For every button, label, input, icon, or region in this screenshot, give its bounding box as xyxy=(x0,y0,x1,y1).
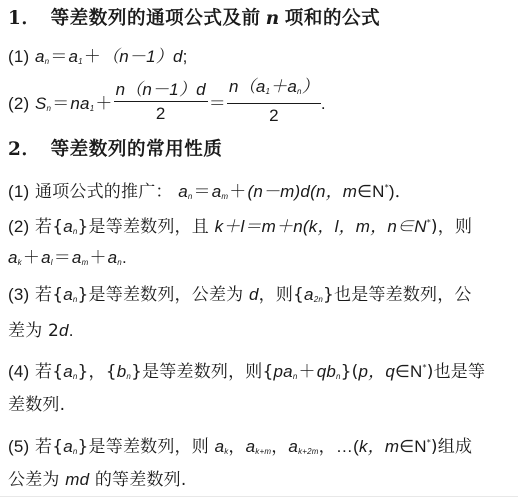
math-expr: k，m xyxy=(359,437,399,456)
formula-sum: (2) Sn＝na1＋n（n－1）d2＝n（a1＋an）2. xyxy=(8,78,326,132)
subscript: m xyxy=(221,192,228,201)
operator: ＝ xyxy=(194,182,211,201)
text: 差为 2 xyxy=(8,321,59,341)
punctuation: )． xyxy=(389,182,412,201)
math-var: a xyxy=(41,248,51,267)
item-label: (1) xyxy=(8,182,29,201)
section-2-heading: 2．等差数列的常用性质 xyxy=(8,140,222,160)
math-expr: ∈N xyxy=(395,362,423,381)
heading-text: 等差数列的通项公式及前 xyxy=(51,8,261,29)
math-var: a xyxy=(63,217,73,236)
math-expr: (n－m) xyxy=(247,182,300,201)
text: 若{ xyxy=(35,362,63,382)
math-var: a xyxy=(215,437,225,456)
math-expr: n（a xyxy=(229,77,266,96)
operator: ＋ xyxy=(95,94,112,113)
operator: ＝ xyxy=(52,94,69,113)
property-5-continued: 公差为 md 的等差数列. xyxy=(8,470,186,490)
fraction-2: n（a1＋an）2 xyxy=(227,76,321,128)
ellipsis: … xyxy=(336,437,353,456)
math-expr: ∈N xyxy=(399,437,427,456)
subscript: n xyxy=(47,104,52,113)
text: }是等差数列，且 xyxy=(78,217,209,237)
punctuation: . xyxy=(69,321,74,340)
subscript: l xyxy=(51,258,53,267)
property-5: (5) 若{an}是等差数列，则 ak，ak+m，ak+2m，…(k，m∈N*)… xyxy=(8,433,472,462)
operator: ＋ xyxy=(23,248,40,267)
math-expr: k＋l＝m＋n xyxy=(215,217,303,236)
math-expr: (k，l，m，n∈N xyxy=(303,217,427,236)
math-var: na xyxy=(70,94,89,113)
operator: ＋ xyxy=(84,47,101,66)
punctuation: ， xyxy=(271,437,288,457)
math-var: a xyxy=(69,47,79,66)
item-label: (5) xyxy=(8,437,29,456)
property-1: (1) 通项公式的推广： an＝am＋(n－m)d(n，m∈N*)． xyxy=(8,178,412,207)
punctuation: . xyxy=(122,248,127,267)
item-label: (2) xyxy=(8,94,29,113)
text: }( xyxy=(341,362,359,382)
math-expr: ＋a xyxy=(270,77,297,96)
text: }，{ xyxy=(78,362,117,382)
math-var: a xyxy=(212,182,222,201)
math-var: pa xyxy=(274,362,293,381)
section-number: 2． xyxy=(8,139,41,160)
subscript: 1 xyxy=(90,104,95,113)
section-number: 1． xyxy=(8,8,41,29)
math-var: a xyxy=(63,437,73,456)
property-2: (2) 若{an}是等差数列，且 k＋l＝m＋n(k，l，m，n∈N*)，则 xyxy=(8,213,472,242)
operator: ＋ xyxy=(229,182,246,201)
punctuation: . xyxy=(321,94,326,113)
subscript: n xyxy=(188,192,193,201)
math-var: d xyxy=(59,321,69,340)
text: )也是等 xyxy=(427,362,485,382)
fraction-numerator: n（n－1）d xyxy=(114,79,208,101)
math-var: b xyxy=(117,362,127,381)
text: }是等差数列，则{ xyxy=(131,362,273,382)
math-expr: （n－1） xyxy=(102,47,173,66)
text: 差数列. xyxy=(8,395,65,415)
punctuation: ; xyxy=(183,47,188,66)
item-label: (4) xyxy=(8,362,29,381)
subscript: m xyxy=(82,258,89,267)
heading-text: 项和的公式 xyxy=(285,8,381,29)
math-var: a xyxy=(72,248,82,267)
math-var: a xyxy=(304,285,314,304)
text: 通项公式的推广： xyxy=(35,182,173,202)
property-3: (3) 若{an}是等差数列，公差为 d，则{a2n}也是等差数列，公 xyxy=(8,285,472,310)
math-var: S xyxy=(35,94,47,113)
fraction-denominator: 2 xyxy=(227,103,321,128)
math-var: a xyxy=(63,362,73,381)
math-var: a xyxy=(288,437,298,456)
math-expr: p，q xyxy=(359,362,396,381)
text: }是等差数列，公差为 xyxy=(78,285,244,305)
math-var: a xyxy=(8,248,18,267)
heading-variable: n xyxy=(266,8,280,29)
fraction-1: n（n－1）d2 xyxy=(114,79,208,126)
fraction-numerator: n（a1＋an） xyxy=(227,76,321,103)
math-var: m xyxy=(343,182,357,201)
operator: ＝ xyxy=(54,248,71,267)
subscript: 2n xyxy=(314,295,323,304)
math-var: a xyxy=(63,285,73,304)
fraction-denominator: 2 xyxy=(114,101,208,126)
subscript: k+m xyxy=(255,447,271,456)
text: 公差为 xyxy=(8,470,60,490)
punctuation: ， xyxy=(319,437,336,457)
math-expr: (n， xyxy=(310,182,343,201)
text: )，则 xyxy=(431,217,472,237)
text: 的等差数列. xyxy=(95,470,187,490)
text: )组成 xyxy=(431,437,472,457)
math-var: a xyxy=(35,47,45,66)
operator: ＝ xyxy=(50,47,67,66)
subscript: n xyxy=(45,57,50,66)
math-var: d xyxy=(300,182,310,201)
math-var: a xyxy=(246,437,256,456)
page-bottom-edge xyxy=(0,496,518,500)
text: }也是等差数列，公 xyxy=(323,285,472,305)
item-label: (3) xyxy=(8,285,29,304)
property-2-continued: ak＋al＝am＋an. xyxy=(8,248,127,273)
punctuation: ， xyxy=(228,437,245,457)
property-3-continued: 差为 2d. xyxy=(8,321,74,341)
text: 若{ xyxy=(35,285,63,305)
math-var: md xyxy=(65,470,89,489)
heading-text: 等差数列的常用性质 xyxy=(51,139,223,160)
math-var: d xyxy=(173,47,183,66)
item-label: (1) xyxy=(8,47,29,66)
math-expr: ） xyxy=(302,77,319,96)
math-var: d xyxy=(249,285,259,304)
text: 若{ xyxy=(35,437,63,457)
math-var: a xyxy=(108,248,118,267)
property-4-continued: 差数列. xyxy=(8,395,65,415)
operator: ＝ xyxy=(209,94,226,113)
text: ，则{ xyxy=(259,285,304,305)
operator: ＋ xyxy=(89,248,106,267)
formula-general-term: (1) an＝a1＋（n－1）d; xyxy=(8,47,188,72)
subscript: k+2m xyxy=(298,447,319,456)
subscript: k xyxy=(18,258,22,267)
section-1-heading: 1．等差数列的通项公式及前n项和的公式 xyxy=(8,9,380,29)
math-var: qb xyxy=(317,362,336,381)
text: }是等差数列，则 xyxy=(78,437,209,457)
subscript: n xyxy=(293,372,298,381)
operator: ＋ xyxy=(298,362,315,381)
math-expr: ∈N xyxy=(357,182,385,201)
item-label: (2) xyxy=(8,217,29,236)
text: 若{ xyxy=(35,217,63,237)
subscript: 1 xyxy=(78,57,83,66)
property-4: (4) 若{an}，{bn}是等差数列，则{pan＋qbn}(p，q∈N*)也是… xyxy=(8,358,485,387)
math-var: a xyxy=(178,182,188,201)
